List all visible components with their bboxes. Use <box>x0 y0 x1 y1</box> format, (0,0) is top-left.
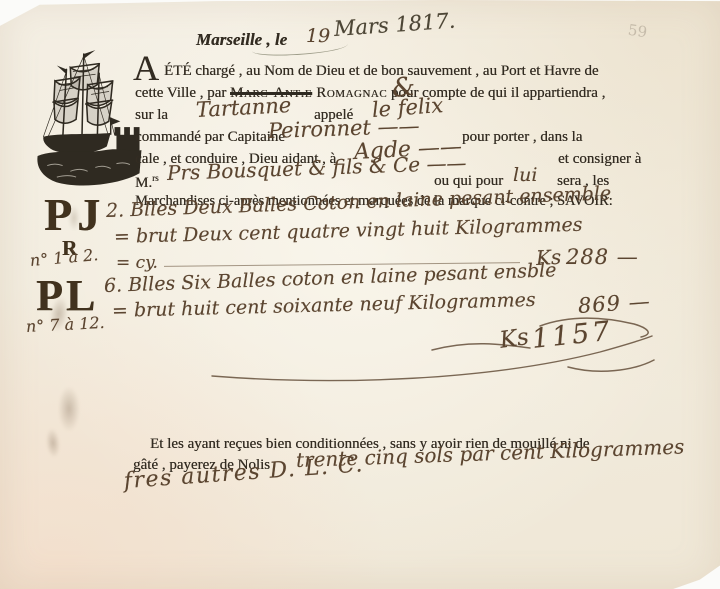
body-line-1: ÉTÉ chargé , au Nom de Dieu et de bon sa… <box>164 64 599 79</box>
messieurs-abbrev: M. <box>135 175 152 191</box>
ink-showthrough-smudge <box>58 386 80 432</box>
messieurs-superscript: rs <box>152 173 159 183</box>
vessel-type-handwritten: Tartanne <box>195 95 291 121</box>
line6-messieurs: M.rs <box>135 174 159 191</box>
faint-page-number: 59 <box>627 21 648 41</box>
item1-cy-prefix: = cy. <box>116 255 158 272</box>
line4-prefix: commandé par Capitaine <box>135 130 285 145</box>
item1-weight-value: 288 — <box>566 247 639 268</box>
ink-showthrough-smudge <box>68 205 80 231</box>
total-weight-unit: Ks <box>498 326 530 353</box>
pronoun-handwritten: lui <box>513 166 537 185</box>
scanned-bill-of-lading: 59 <box>0 0 720 589</box>
line4-suffix: pour porter , dans la <box>462 130 582 145</box>
total-weight-value: 1157 <box>531 318 614 353</box>
line5-suffix: et consigner à <box>558 152 641 167</box>
ink-showthrough-smudge <box>44 427 61 458</box>
line3-prefix: sur la <box>135 108 168 123</box>
dropcap-a: A <box>133 50 159 86</box>
